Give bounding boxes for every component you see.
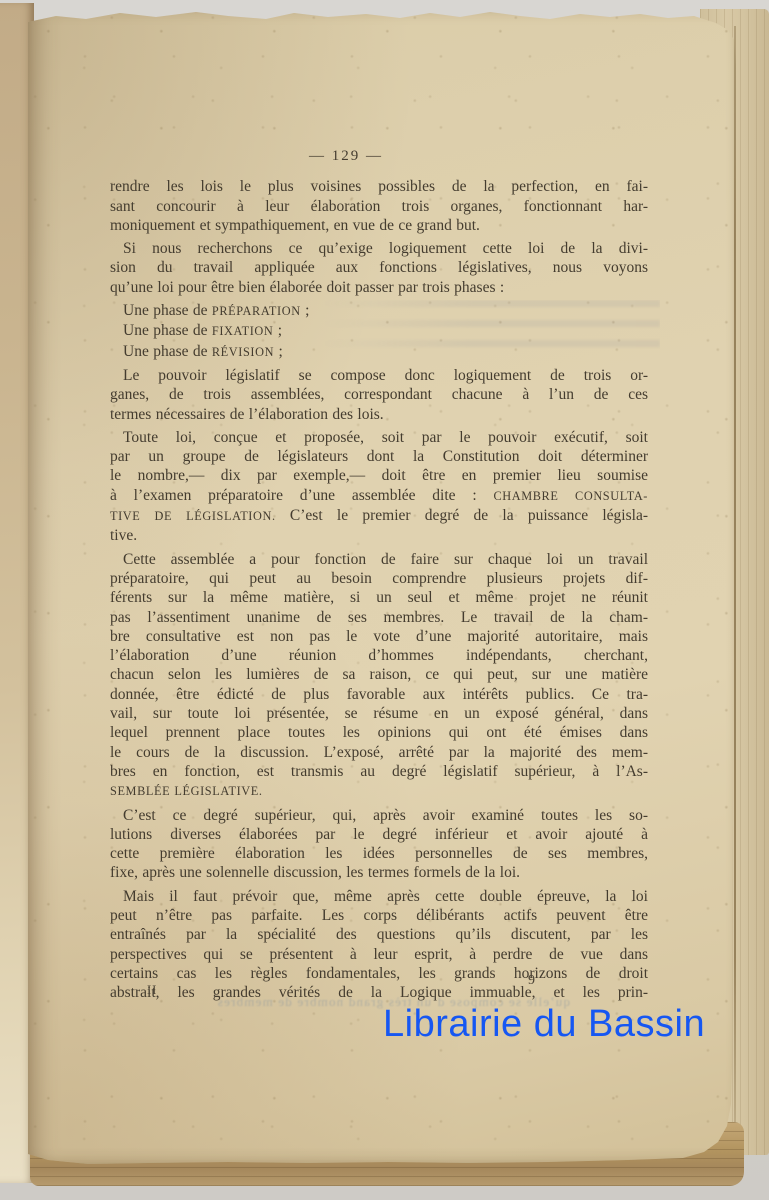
small-caps-text: SEMBLÉE LÉGISLATIVE. [110, 784, 263, 798]
page-number: — 129 — [77, 147, 615, 166]
text-line: par un groupe de législateurs dont la Co… [110, 447, 648, 466]
text-line: Toute loi, conçue et proposée, soit par … [110, 428, 648, 447]
small-caps-text: FIXATION [212, 324, 274, 338]
paragraph: Toute loi, conçue et proposée, soit par … [110, 428, 648, 546]
text-line: à l’examen préparatoire d’une assemblée … [110, 486, 648, 506]
paragraph: Cette assemblée a pour fonction de faire… [110, 550, 648, 802]
text-line: certains cas les règles fondamentales, l… [110, 964, 648, 983]
text-line: C’est ce degré supérieur, qui, après avo… [110, 806, 648, 825]
text-line: l’élaboration d’une réunion d’hommes ind… [110, 646, 648, 665]
text-line: Une phase de FIXATION ; [110, 321, 648, 341]
small-caps-text: TIVE DE LÉGISLATION. [110, 509, 276, 523]
text-line: tive. [110, 526, 648, 545]
text-line: bres en fonction, est transmis au degré … [110, 762, 648, 781]
text-line: sant concourir à leur élaboration trois … [110, 197, 648, 216]
paragraph: Mais il faut prévoir que, même après cet… [110, 887, 648, 1003]
text-line: lutions diverses élaborées par le degré … [110, 825, 648, 844]
text-line: ganes, de trois assemblées, correspondan… [110, 385, 648, 404]
text-line: perspectives qui se présentent à leur es… [110, 945, 648, 964]
small-caps-text: PRÉPARATION [212, 304, 301, 318]
text-line: sion du travail appliquée aux fonctions … [110, 258, 648, 277]
text-line: Si nous recherchons ce qu’exige logiquem… [110, 239, 648, 258]
text-line: SEMBLÉE LÉGISLATIVE. [110, 781, 648, 801]
paragraph: Une phase de RÉVISION ; [110, 342, 648, 362]
text-line: donnée, être édicté de plus favorable au… [110, 685, 648, 704]
paragraph: Une phase de PRÉPARATION ; [110, 301, 648, 321]
text-line: Mais il faut prévoir que, même après cet… [110, 887, 648, 906]
footer-signature-mark: 9 [528, 973, 535, 989]
text-line: moniquement et sympathiquement, en vue d… [110, 216, 648, 235]
text-line: abstrait, les grandes vérités de la Logi… [110, 983, 648, 1002]
photo-of-book-page: { "colors": { "background_grey": "#d5d2c… [0, 0, 769, 1200]
text-line: férents sur la même matière, si un seul … [110, 588, 648, 607]
text-line: pas l’assentiment unanime de ses membres… [110, 608, 648, 627]
text-line: qu’une loi pour être bien élaborée doit … [110, 278, 648, 297]
paragraph: rendre les lois le plus voisines possibl… [110, 177, 648, 235]
paragraph: Si nous recherchons ce qu’exige logiquem… [110, 239, 648, 297]
text-line: rendre les lois le plus voisines possibl… [110, 177, 648, 196]
text-block: — 129 — rendre les lois le plus voisines… [110, 147, 648, 1002]
footer-signature-volume: II [147, 983, 157, 998]
page-right-edge-line [734, 26, 736, 1122]
text-line: bre consultative est non pas le vote d’u… [110, 627, 648, 646]
text-line: préparatoire, qui peut au besoin compren… [110, 569, 648, 588]
paragraph: Le pouvoir législatif se compose donc lo… [110, 366, 648, 424]
text-line: TIVE DE LÉGISLATION. C’est le premier de… [110, 506, 648, 526]
text-line: chacun selon les lumières de sa raison, … [110, 665, 648, 684]
text-line: peut n’être pas parfaite. Les corps déli… [110, 906, 648, 925]
text-line: Cette assemblée a pour fonction de faire… [110, 550, 648, 569]
text-line: fixe, après une solennelle discussion, l… [110, 863, 648, 882]
text-line: lequel prennent place toutes les opinion… [110, 723, 648, 742]
text-line: entraînés par la spécialité des question… [110, 925, 648, 944]
text-line: Une phase de RÉVISION ; [110, 342, 648, 362]
paragraph: C’est ce degré supérieur, qui, après avo… [110, 806, 648, 883]
text-line: Une phase de PRÉPARATION ; [110, 301, 648, 321]
text-line: termes nécessaires de l’élaboration des … [110, 405, 648, 424]
paragraph: Une phase de FIXATION ; [110, 321, 648, 341]
small-caps-text: RÉVISION [212, 345, 274, 359]
body-text: rendre les lois le plus voisines possibl… [110, 177, 648, 1002]
text-line: vail, sur toute loi présentée, se résume… [110, 704, 648, 723]
text-line: Le pouvoir législatif se compose donc lo… [110, 366, 648, 385]
book-page: — 129 — rendre les lois le plus voisines… [28, 6, 736, 1164]
watermark-text: Librairie du Bassin [383, 1003, 705, 1046]
text-line: cette première élaboration les idées per… [110, 844, 648, 863]
small-caps-text: CHAMBRE CONSULTA- [493, 489, 648, 503]
text-line: le nombre,— dix par exemple,— doit être … [110, 466, 648, 485]
text-line: le cours de la discussion. L’exposé, arr… [110, 743, 648, 762]
